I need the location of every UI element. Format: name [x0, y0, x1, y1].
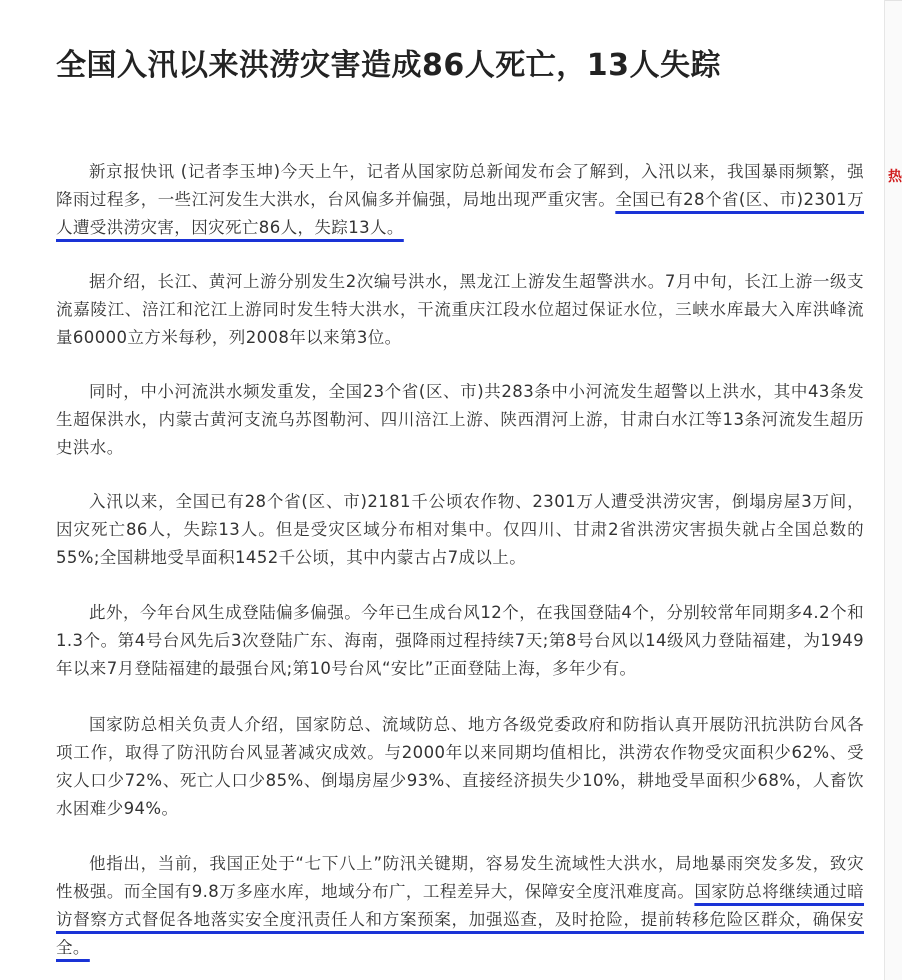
paragraph-2: 据介绍，长江、黄河上游分别发生2次编号洪水，黑龙江上游发生超警洪水。7月中旬，长… — [56, 268, 864, 352]
paragraph-7: 他指出，当前，我国正处于“七下八上”防汛关键期，容易发生流域性大洪水，局地暴雨突… — [56, 850, 864, 962]
right-sidebar: 热 — [885, 0, 902, 980]
article-title: 全国入汛以来洪涝灾害造成86人死亡，13人失踪 — [56, 40, 721, 84]
paragraph-1: 新京报快讯 (记者李玉坤)今天上午，记者从国家防总新闻发布会了解到，入汛以来，我… — [56, 158, 864, 242]
sidebar-heading-partial: 热 — [888, 166, 902, 186]
sidebar-border — [885, 0, 902, 1]
paragraph-4: 入汛以来，全国已有28个省(区、市)2181千公顷农作物、2301万人遭受洪涝灾… — [56, 488, 864, 572]
paragraph-6: 国家防总相关负责人介绍，国家防总、流域防总、地方各级党委政府和防指认真开展防汛抗… — [56, 711, 864, 823]
paragraph-3: 同时，中小河流洪水频发重发，全国23个省(区、市)共283条中小河流发生超警以上… — [56, 378, 864, 462]
paragraph-5: 此外，今年台风生成登陆偏多偏强。今年已生成台风12个，在我国登陆4个，分别较常年… — [56, 599, 864, 683]
